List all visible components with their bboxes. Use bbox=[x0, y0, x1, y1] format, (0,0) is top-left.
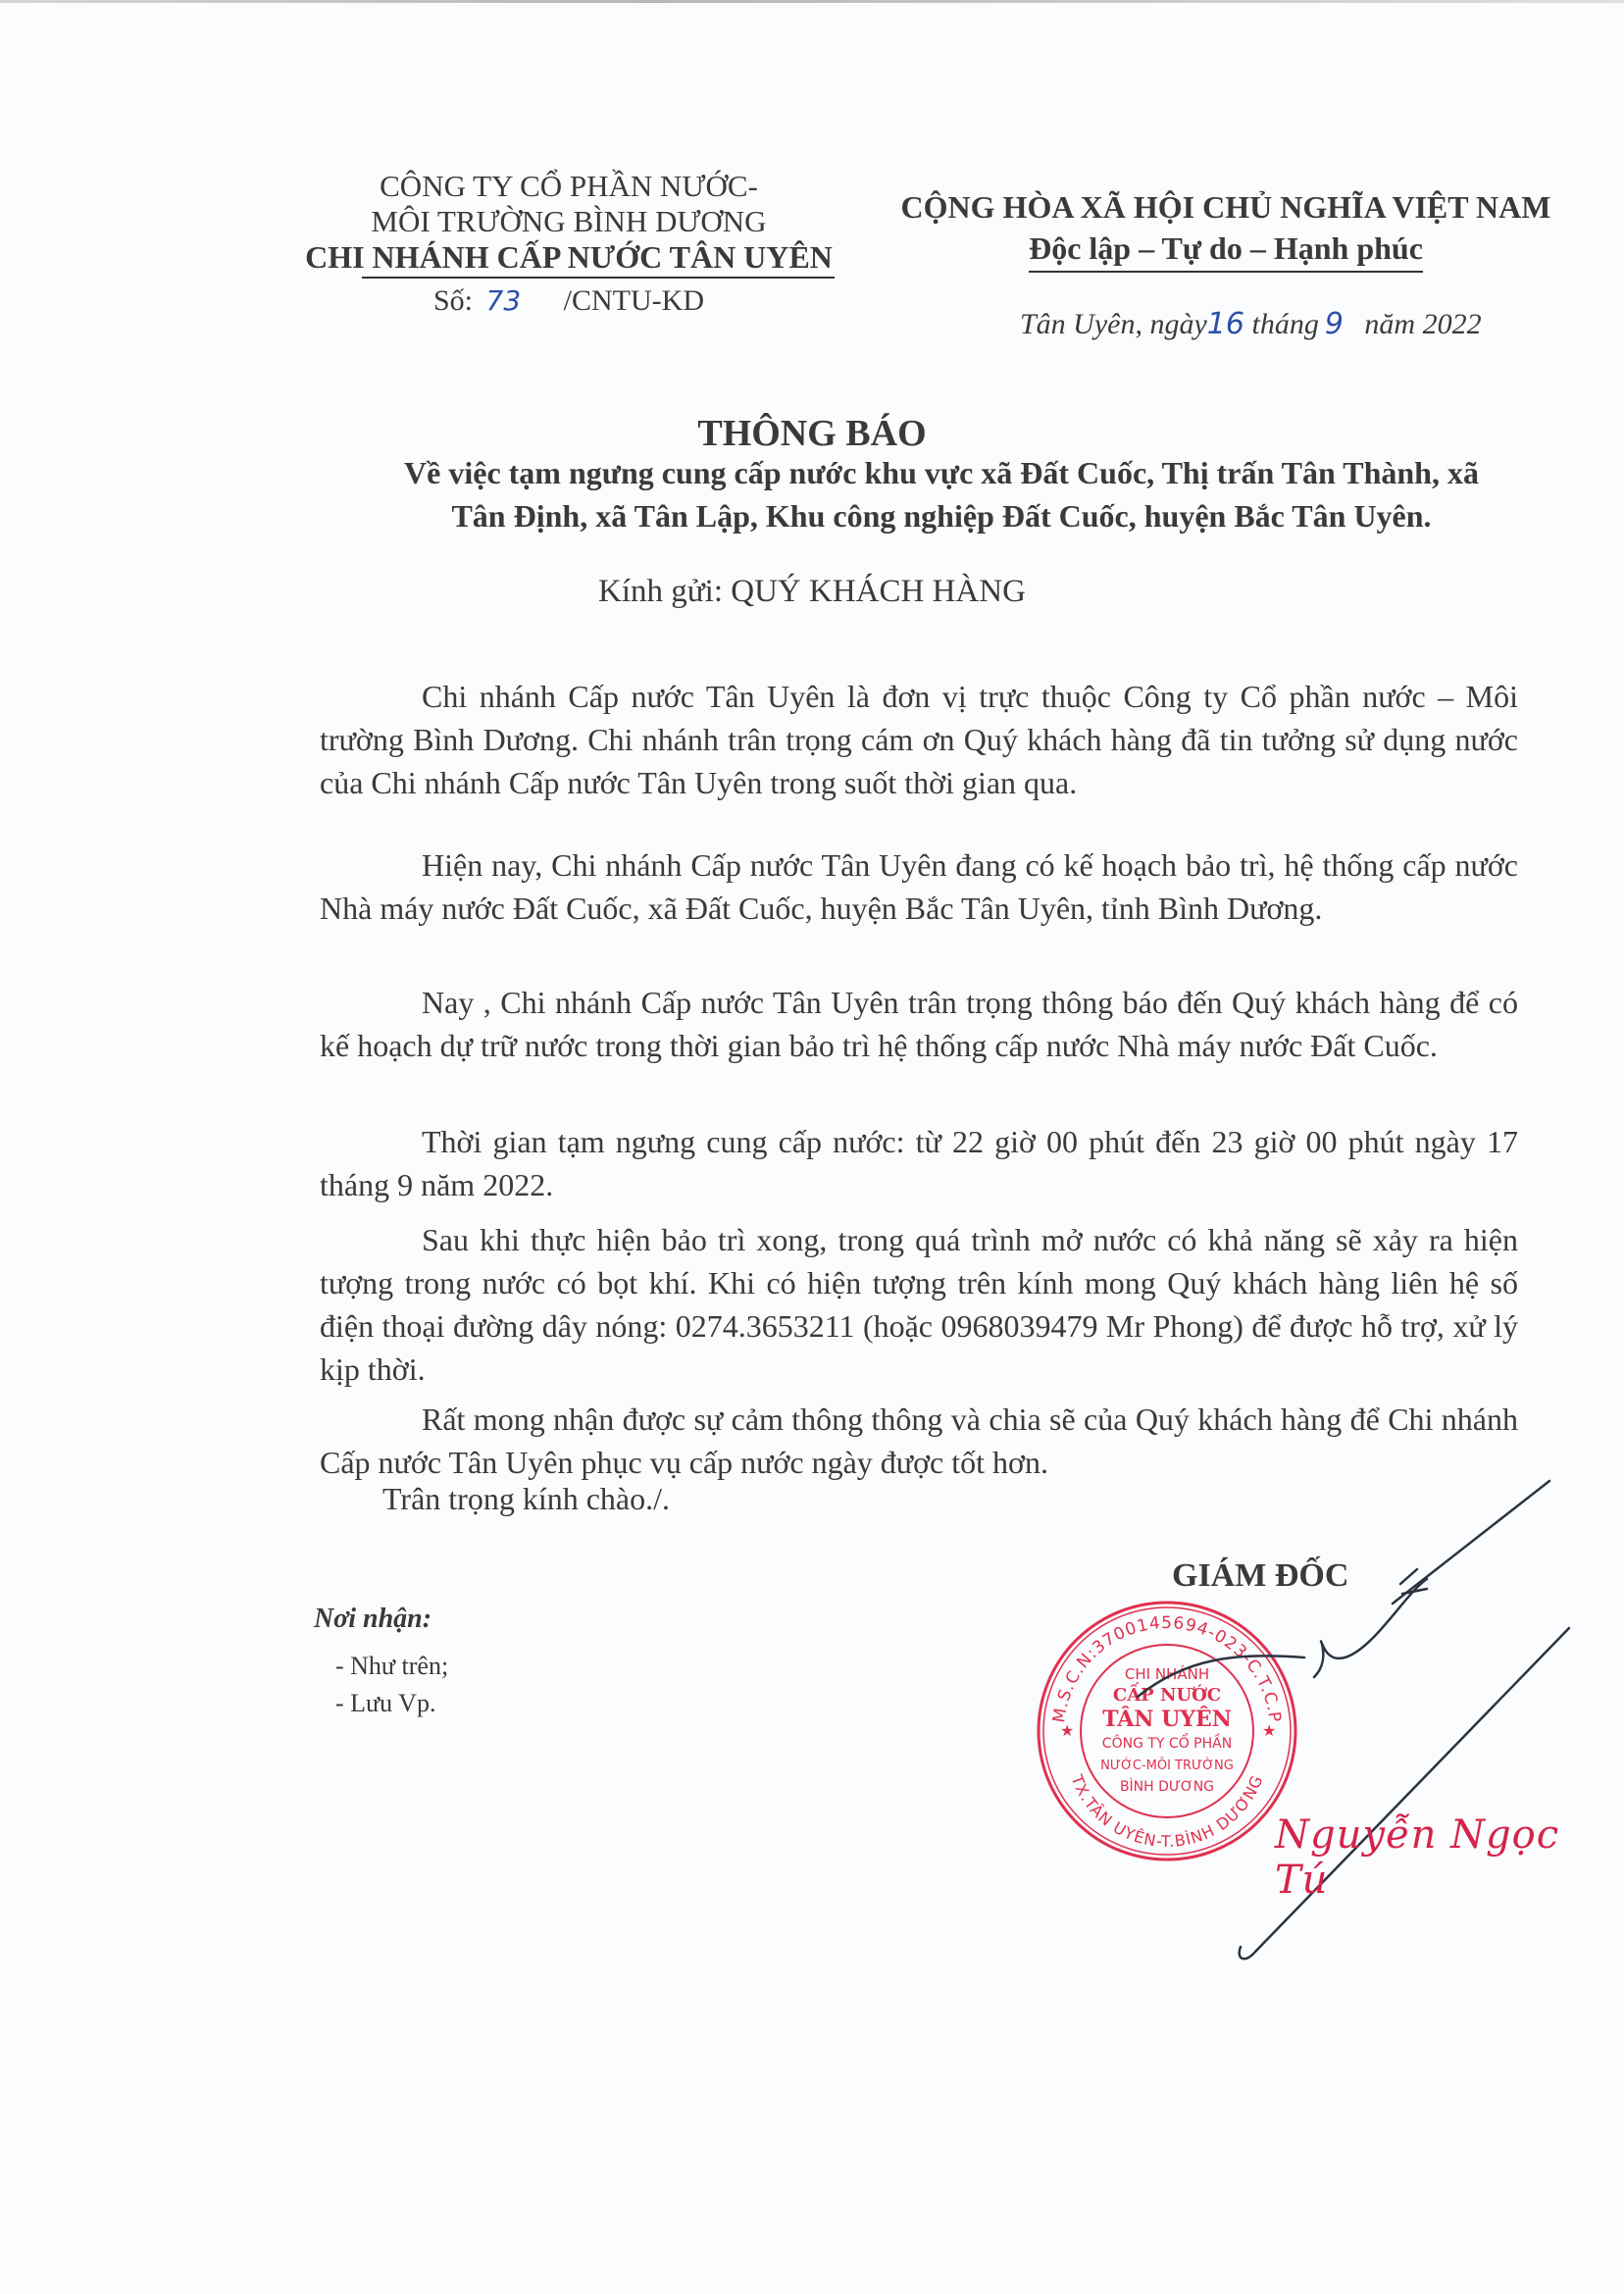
subject-line-1: Về việc tạm ngưng cung cấp nước khu vực … bbox=[363, 451, 1520, 494]
paragraph-text: Thời gian tạm ngưng cung cấp nước: từ 22… bbox=[320, 1120, 1518, 1206]
company-name-line2: MÔI TRƯỜNG BÌNH DƯƠNG bbox=[294, 204, 843, 239]
paragraph-intro: Chi nhánh Cấp nước Tân Uyên là đơn vị tr… bbox=[320, 675, 1518, 804]
doc-number-suffix: /CNTU-KD bbox=[564, 284, 704, 317]
recipients-label: Nơi nhận: bbox=[314, 1601, 448, 1638]
scan-edge bbox=[0, 0, 1624, 3]
issuer-block: CÔNG TY CỔ PHẦN NƯỚC- MÔI TRƯỜNG BÌNH DƯ… bbox=[294, 169, 843, 319]
branch-name-text: CHI NHÁNH CẤP NƯỚC TÂN UYÊN bbox=[305, 239, 833, 275]
doc-number-handwritten: 73 bbox=[486, 284, 522, 317]
nation-title: CỘNG HÒA XÃ HỘI CHỦ NGHĨA VIỆT NAM bbox=[883, 186, 1569, 228]
paragraph-text: Nay , Chi nhánh Cấp nước Tân Uyên trân t… bbox=[320, 981, 1518, 1067]
paragraph-text: Sau khi thực hiện bảo trì xong, trong qu… bbox=[320, 1218, 1518, 1391]
paragraph-maintenance-plan: Hiện nay, Chi nhánh Cấp nước Tân Uyên đa… bbox=[320, 843, 1518, 930]
issue-date: Tân Uyên, ngày16 tháng9 năm 2022 bbox=[1020, 307, 1482, 341]
doc-number-label: Số: bbox=[433, 284, 473, 317]
branch-underline bbox=[362, 277, 835, 279]
date-month-handwritten: 9 bbox=[1325, 307, 1344, 341]
closing-line: Trân trọng kính chào./. bbox=[382, 1481, 670, 1517]
document-subject: Về việc tạm ngưng cung cấp nước khu vực … bbox=[363, 451, 1520, 537]
paragraph-text: Chi nhánh Cấp nước Tân Uyên là đơn vị tr… bbox=[320, 675, 1518, 804]
recipient-item: - Như trên; bbox=[314, 1648, 448, 1685]
document-number: Số: 73 /CNTU-KD bbox=[294, 283, 843, 319]
greeting: Kính gửi: QUÝ KHÁCH HÀNG bbox=[0, 574, 1624, 610]
recipients-block: Nơi nhận: - Như trên; - Lưu Vp. bbox=[314, 1601, 448, 1722]
paragraph-notice: Nay , Chi nhánh Cấp nước Tân Uyên trân t… bbox=[320, 981, 1518, 1067]
date-day-handwritten: 16 bbox=[1207, 307, 1244, 341]
paragraph-text: Hiện nay, Chi nhánh Cấp nước Tân Uyên đa… bbox=[320, 843, 1518, 930]
paragraph-after-maintenance: Sau khi thực hiện bảo trì xong, trong qu… bbox=[320, 1218, 1518, 1391]
document-title: THÔNG BÁO bbox=[0, 412, 1624, 455]
date-year: năm 2022 bbox=[1364, 308, 1481, 340]
recipient-item: - Lưu Vp. bbox=[314, 1685, 448, 1722]
national-header: CỘNG HÒA XÃ HỘI CHỦ NGHĨA VIỆT NAM Độc l… bbox=[883, 186, 1569, 273]
paragraph-outage-time: Thời gian tạm ngưng cung cấp nước: từ 22… bbox=[320, 1120, 1518, 1206]
date-place: Tân Uyên, ngày bbox=[1020, 308, 1207, 340]
national-motto: Độc lập – Tự do – Hạnh phúc bbox=[1029, 228, 1423, 273]
company-name-line1: CÔNG TY CỔ PHẦN NƯỚC- bbox=[294, 169, 843, 204]
branch-name: CHI NHÁNH CẤP NƯỚC TÂN UYÊN bbox=[305, 239, 833, 275]
subject-line-2: Tân Định, xã Tân Lập, Khu công nghiệp Đấ… bbox=[363, 494, 1520, 537]
date-month-label: tháng bbox=[1251, 308, 1318, 340]
signer-name: Nguyễn Ngọc Tú bbox=[1275, 1812, 1624, 1903]
